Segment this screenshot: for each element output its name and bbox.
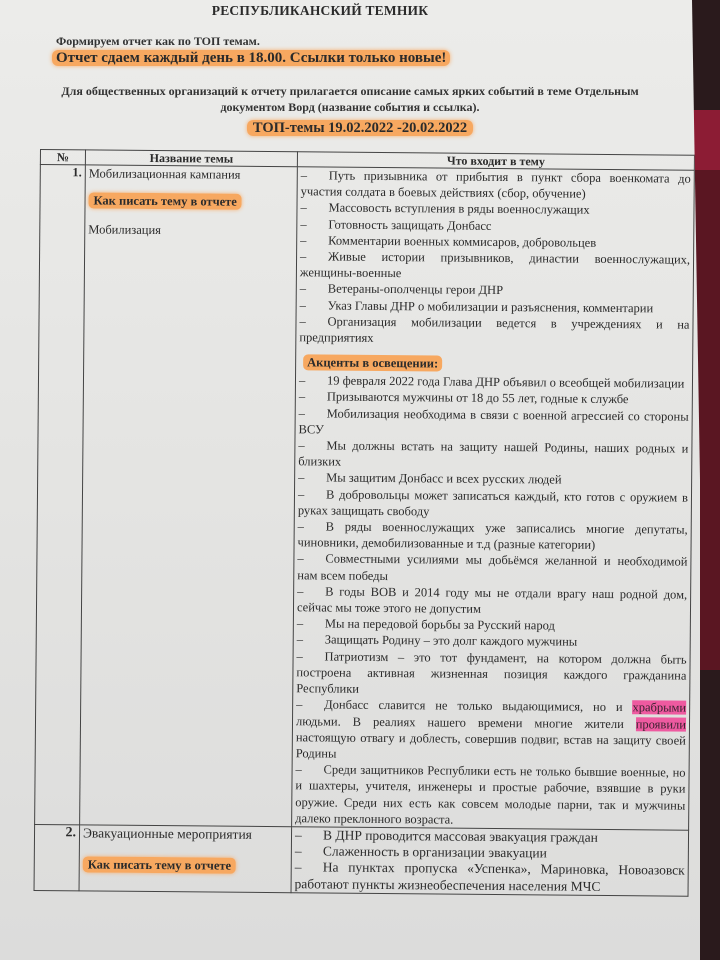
intro-line: Формируем отчет как по ТОП темам. bbox=[56, 34, 260, 49]
list-item: –В ряды военнослужащих уже записались мн… bbox=[298, 518, 688, 554]
dash-bullet: – bbox=[295, 860, 323, 876]
subtopic-name: Мобилизация bbox=[88, 222, 293, 239]
document-page: РЕСПУБЛИКАНСКИЙ ТЕМНИК Формируем отчет к… bbox=[0, 0, 700, 960]
topic-name: Эвакуационные мероприятия bbox=[83, 825, 288, 843]
pink-highlight: храбрыми bbox=[632, 700, 686, 714]
how-to-write-label: Как писать тему в отчете bbox=[88, 193, 293, 210]
dash-bullet: – bbox=[300, 297, 328, 313]
organizations-note: Для общественных организаций к отчету пр… bbox=[60, 83, 640, 115]
dash-bullet: – bbox=[298, 437, 326, 453]
dash-bullet: – bbox=[297, 632, 325, 648]
period-title: ТОП-темы 19.02.2022 -20.02.2022 bbox=[0, 120, 720, 137]
dash-bullet: – bbox=[299, 313, 327, 329]
dash-bullet: – bbox=[300, 216, 328, 232]
accents-list: –19 февраля 2022 года Глава ДНР объявил … bbox=[296, 373, 689, 700]
topic-content-cell: –Путь призывника от прибытия в пункт сбо… bbox=[292, 167, 695, 830]
dash-bullet: – bbox=[295, 827, 323, 843]
dash-bullet: – bbox=[297, 583, 325, 599]
dash-bullet: – bbox=[297, 551, 325, 567]
topics-table: № Название темы Что входит в тему 1. Моб… bbox=[34, 149, 695, 896]
period-highlight: ТОП-темы 19.02.2022 -20.02.2022 bbox=[247, 120, 473, 136]
table-row: 2. Эвакуационные мероприятия Как писать … bbox=[34, 824, 689, 896]
accents-list-highlighted: –Донбасс славится не только выдающимися,… bbox=[295, 697, 686, 830]
dash-bullet: – bbox=[298, 518, 326, 534]
deadline-highlight: Отчет сдаем каждый день в 18.00. Ссылки … bbox=[52, 50, 450, 66]
pink-highlight: проявили bbox=[636, 717, 686, 731]
dash-bullet: – bbox=[297, 616, 325, 632]
topic-name: Мобилизационная кампания bbox=[89, 165, 294, 183]
accents-label: Акценты в освещении: bbox=[303, 356, 689, 374]
topic-cell: Эвакуационные мероприятия Как писать тем… bbox=[79, 825, 292, 893]
list-item: –Среди защитников Республики есть не тол… bbox=[295, 761, 686, 829]
dash-bullet: – bbox=[297, 648, 325, 664]
list-item: –В добровольцы может записаться каждый, … bbox=[298, 486, 688, 522]
list-item: –Мобилизация необходима в связи с военно… bbox=[298, 405, 688, 441]
dash-bullet: – bbox=[295, 843, 323, 859]
list-item: –На пунктах пропуска «Успенка», Мариновк… bbox=[295, 860, 685, 896]
dash-bullet: – bbox=[299, 389, 327, 405]
header-number: № bbox=[40, 150, 85, 165]
dash-bullet: – bbox=[298, 486, 326, 502]
dash-bullet: – bbox=[298, 470, 326, 486]
list-item: –Мы должны встать на защиту нашей Родины… bbox=[298, 437, 688, 473]
dash-bullet: – bbox=[299, 373, 327, 389]
topic-cell: Мобилизационная кампания Как писать тему… bbox=[80, 165, 298, 827]
dash-bullet: – bbox=[300, 232, 328, 248]
row-number: 1. bbox=[35, 165, 86, 825]
list-item: –Донбасс славится не только выдающимися,… bbox=[296, 697, 687, 765]
deadline-line: Отчет сдаем каждый день в 18.00. Ссылки … bbox=[52, 50, 450, 67]
list-item: –Организация мобилизации ведется в учреж… bbox=[299, 313, 689, 349]
table-row: 1. Мобилизационная кампания Как писать т… bbox=[35, 165, 695, 831]
topic-items-list: –В ДНР проводится массовая эвакуация гра… bbox=[295, 827, 686, 895]
dash-bullet: – bbox=[300, 200, 328, 216]
how-to-write-label: Как писать тему в отчете bbox=[83, 857, 288, 874]
topic-content-cell: –В ДНР проводится массовая эвакуация гра… bbox=[291, 827, 689, 896]
topic-items-list: –Путь призывника от прибытия в пункт сбо… bbox=[299, 167, 691, 349]
list-item: –Совместными усилиями мы добьёмся желанн… bbox=[297, 551, 687, 587]
dash-bullet: – bbox=[301, 167, 329, 183]
dash-bullet: – bbox=[299, 405, 327, 421]
list-item: –Патриотизм – это тот фундамент, на кото… bbox=[296, 648, 686, 700]
row-number: 2. bbox=[34, 824, 80, 890]
page-title: РЕСПУБЛИКАНСКИЙ ТЕМНИК bbox=[0, 3, 640, 19]
list-item: –Живые истории призывников, династии вое… bbox=[300, 248, 690, 284]
list-item: –Путь призывника от прибытия в пункт сбо… bbox=[301, 167, 691, 203]
dash-bullet: – bbox=[300, 281, 328, 297]
list-item: –В годы ВОВ и 2014 году мы не отдали вра… bbox=[297, 583, 687, 619]
dash-bullet: – bbox=[300, 248, 328, 264]
